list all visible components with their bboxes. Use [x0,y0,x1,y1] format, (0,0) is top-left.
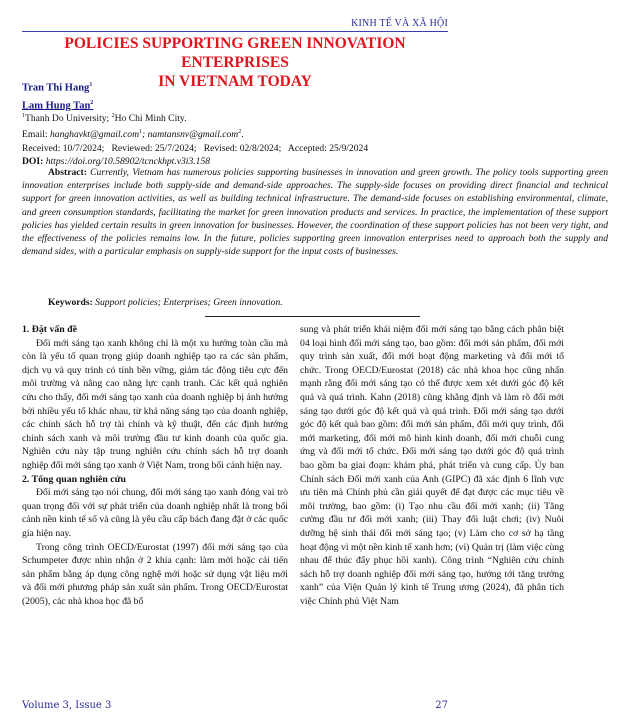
section-label: KINH TẾ VÀ XÃ HỘI [351,18,448,29]
author-list: Tran Thi Hang1 Lam Hung Tan2 [22,78,93,113]
heading-introduction: 1. Đặt vấn đề [22,323,288,337]
abstract-text: Currently, Vietnam has numerous policies… [22,167,608,257]
affiliations: 1Thanh Do University; 2Ho Chi Minh City. [22,110,368,126]
email-1[interactable]: hanghavkt@gmail.com [50,129,139,140]
dates: Received: 10/7/2024; Reviewed: 25/7/2024… [22,142,368,156]
abstract-label: Abstract: [22,167,90,178]
email-label: Email: [22,129,50,140]
author-sup: 2 [90,100,93,106]
author-sup: 1 [89,82,92,88]
affiliation-2: Ho Chi Minh City. [115,113,187,124]
article-meta: 1Thanh Do University; 2Ho Chi Minh City.… [22,110,368,169]
header-rule [22,31,448,32]
abstract: Abstract: Currently, Vietnam has numerou… [22,166,608,258]
section-divider [205,316,420,317]
page-number: 27 [435,700,448,711]
paragraph: Đổi mới sáng tạo xanh không chỉ là một x… [22,337,288,473]
body-column-right: sung và phát triển khái niệm đổi mới sán… [300,323,564,608]
keywords: Keywords: Support policies; Enterprises;… [48,297,283,308]
author-name: Tran Thi Hang [22,83,89,94]
paragraph: Trong công trình OECD/Eurostat (1997) đổ… [22,541,288,609]
email-end: . [241,129,243,140]
author-1: Tran Thi Hang1 [22,78,93,96]
running-header: KINH TẾ VÀ XÃ HỘI [0,18,628,34]
keywords-label: Keywords: [48,297,95,308]
affiliation-1: Thanh Do University; [25,113,112,124]
body-column-left: 1. Đặt vấn đề Đổi mới sáng tạo xanh khôn… [22,323,288,608]
paragraph: Đổi mới sáng tạo nói chung, đổi mới sáng… [22,486,288,540]
keywords-text: Support policies; Enterprises; Green inn… [95,297,283,308]
paragraph: sung và phát triển khái niệm đổi mới sán… [300,323,564,608]
emails: Email: hanghavkt@gmail.com1; namtansnv@g… [22,126,368,142]
volume-issue: Volume 3, Issue 3 [22,700,111,711]
email-2[interactable]: namtansnv@gmail.com [148,129,239,140]
title-line-1: POLICIES SUPPORTING GREEN INNOVATION ENT… [22,34,448,72]
heading-literature-review: 2. Tổng quan nghiên cứu [22,473,288,487]
